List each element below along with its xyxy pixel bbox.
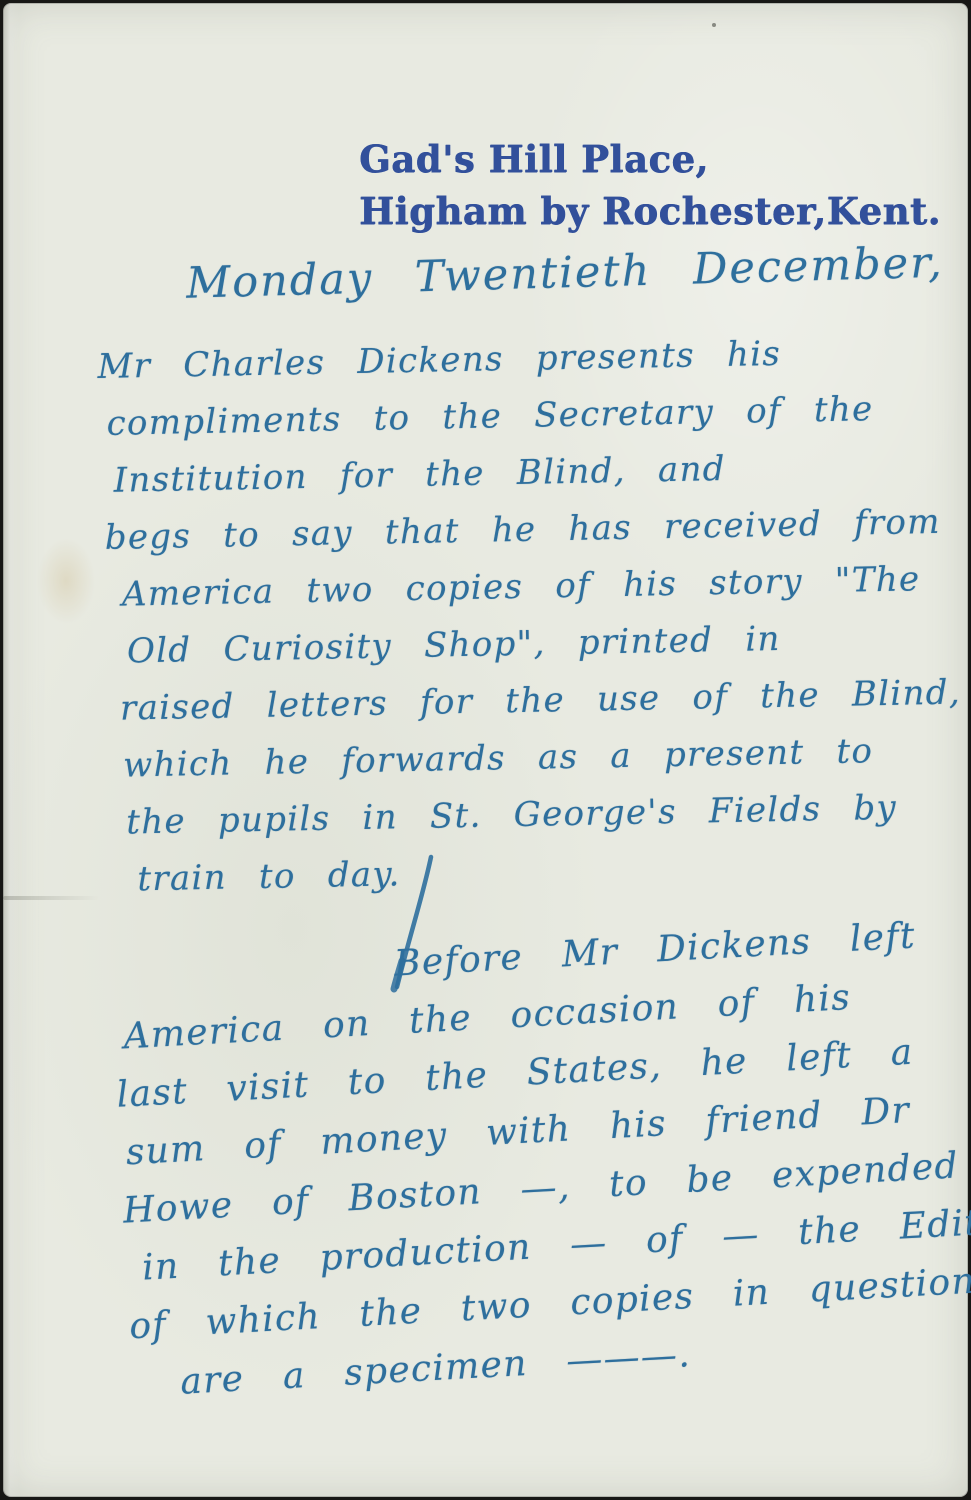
foxing-stain (37, 538, 95, 624)
letterhead-line-1: Gad's Hill Place, (359, 133, 941, 185)
date-line: Monday Twentieth December, 1869 (185, 233, 971, 309)
fold-crease (3, 896, 99, 900)
body-paragraph-1: Mr Charles Dickens presents his complime… (97, 323, 958, 909)
printed-letterhead: Gad's Hill Place, Higham by Rochester,Ke… (359, 133, 941, 237)
letterhead-line-2: Higham by Rochester,Kent. (359, 185, 941, 237)
body-paragraph-2: Before Mr Dickens left America on the oc… (109, 904, 971, 1414)
letter-paper: Gad's Hill Place, Higham by Rochester,Ke… (3, 3, 968, 1497)
ink-speck (712, 23, 716, 27)
letter-scan: Gad's Hill Place, Higham by Rochester,Ke… (0, 0, 971, 1500)
